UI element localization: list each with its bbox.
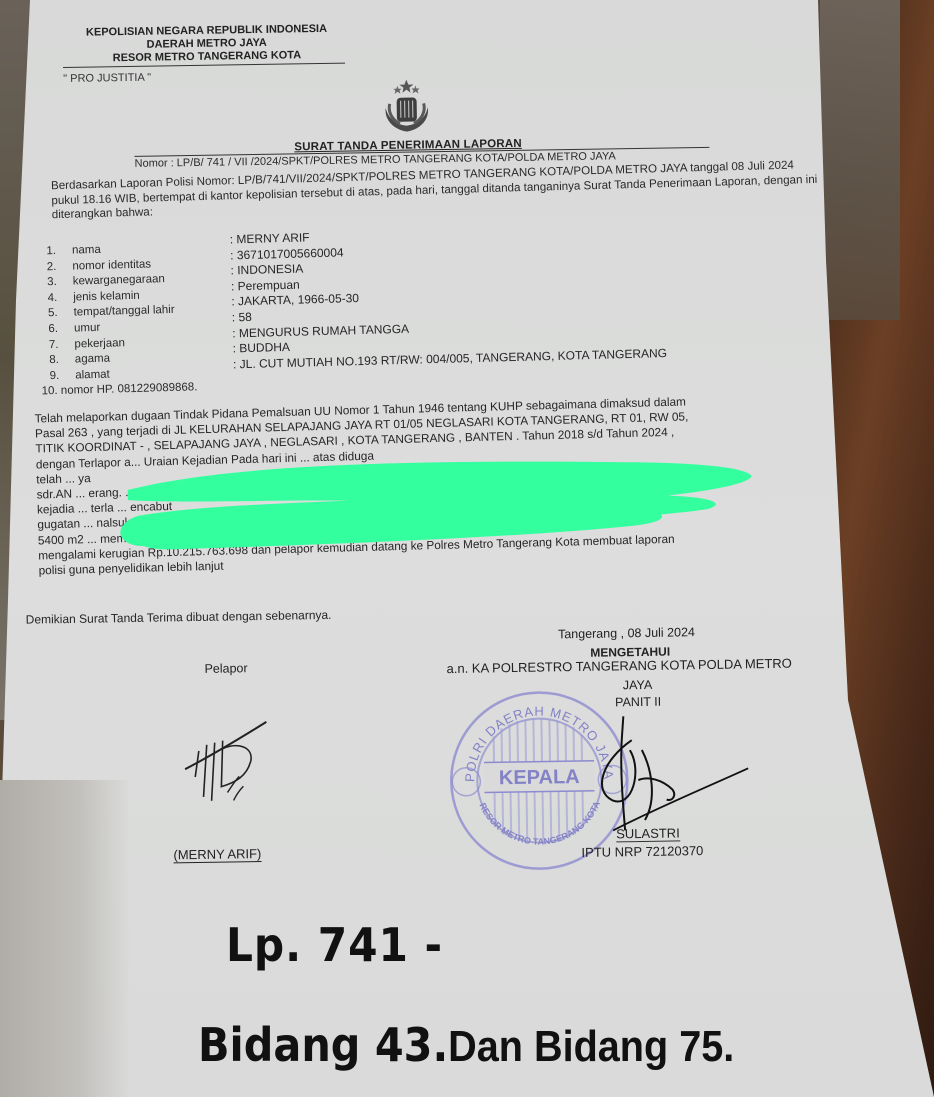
reporter-signature [176, 716, 287, 808]
field-label: nama [72, 244, 101, 257]
reporter-details: 1. nama : MERNY ARIF 2. nomor identitas … [38, 227, 742, 401]
field-label: umur [74, 322, 101, 335]
closing-statement: Demikian Surat Tanda Terima dibuat denga… [26, 608, 332, 627]
field-value: : JAKARTA, 1966-05-30 [231, 291, 359, 308]
note-part-a: Bidang 43. [198, 1018, 448, 1072]
field-label: pekerjaan [74, 337, 125, 350]
field-label: nomor identitas [72, 258, 151, 272]
document: KEPOLISIAN NEGARA REPUBLIK INDONESIA DAE… [0, 0, 934, 1097]
field-label: agama [75, 353, 110, 366]
place-date: Tangerang , 08 Juli 2024 [558, 625, 695, 641]
field-value: : BUDDHA [232, 340, 290, 355]
field-value: : 58 [232, 310, 252, 325]
field-value: : 3671017005660004 [230, 245, 344, 262]
officer-name: SULASTRI [616, 825, 680, 842]
field-value: : MERNY ARIF [230, 230, 310, 246]
field-label: alamat [75, 368, 110, 381]
field-label: kewarganegaraan [73, 273, 165, 287]
note-part-b: Dan Bidang 75. [448, 1022, 734, 1071]
issuing-organization: KEPOLISIAN NEGARA REPUBLIK INDONESIA DAE… [66, 23, 347, 66]
police-emblem-icon [377, 77, 436, 136]
field-value: : INDONESIA [230, 262, 303, 278]
handwritten-note-line-1: Lp. 741 - [226, 918, 443, 972]
officer-rank-nrp: IPTU NRP 72120370 [581, 843, 703, 860]
handwritten-note-line-2: Bidang 43.Dan Bidang 75. [198, 1018, 734, 1072]
field-value: : Perempuan [231, 277, 300, 293]
field-label: jenis kelamin [73, 290, 140, 304]
report-body: Telah melaporkan dugaan Tindak Pidana Pe… [34, 391, 838, 579]
on-behalf-of: a.n. KA POLRESTRO TANGERANG KOTA POLDA M… [446, 656, 792, 676]
pro-justitia-label: " PRO JUSTITIA " [63, 72, 151, 85]
svg-text:KEPALA: KEPALA [499, 766, 580, 789]
reporter-name: (MERNY ARIF) [173, 846, 261, 863]
reporter-label: Pelapor [204, 661, 247, 676]
field-label: tempat/tanggal lahir [73, 304, 174, 319]
